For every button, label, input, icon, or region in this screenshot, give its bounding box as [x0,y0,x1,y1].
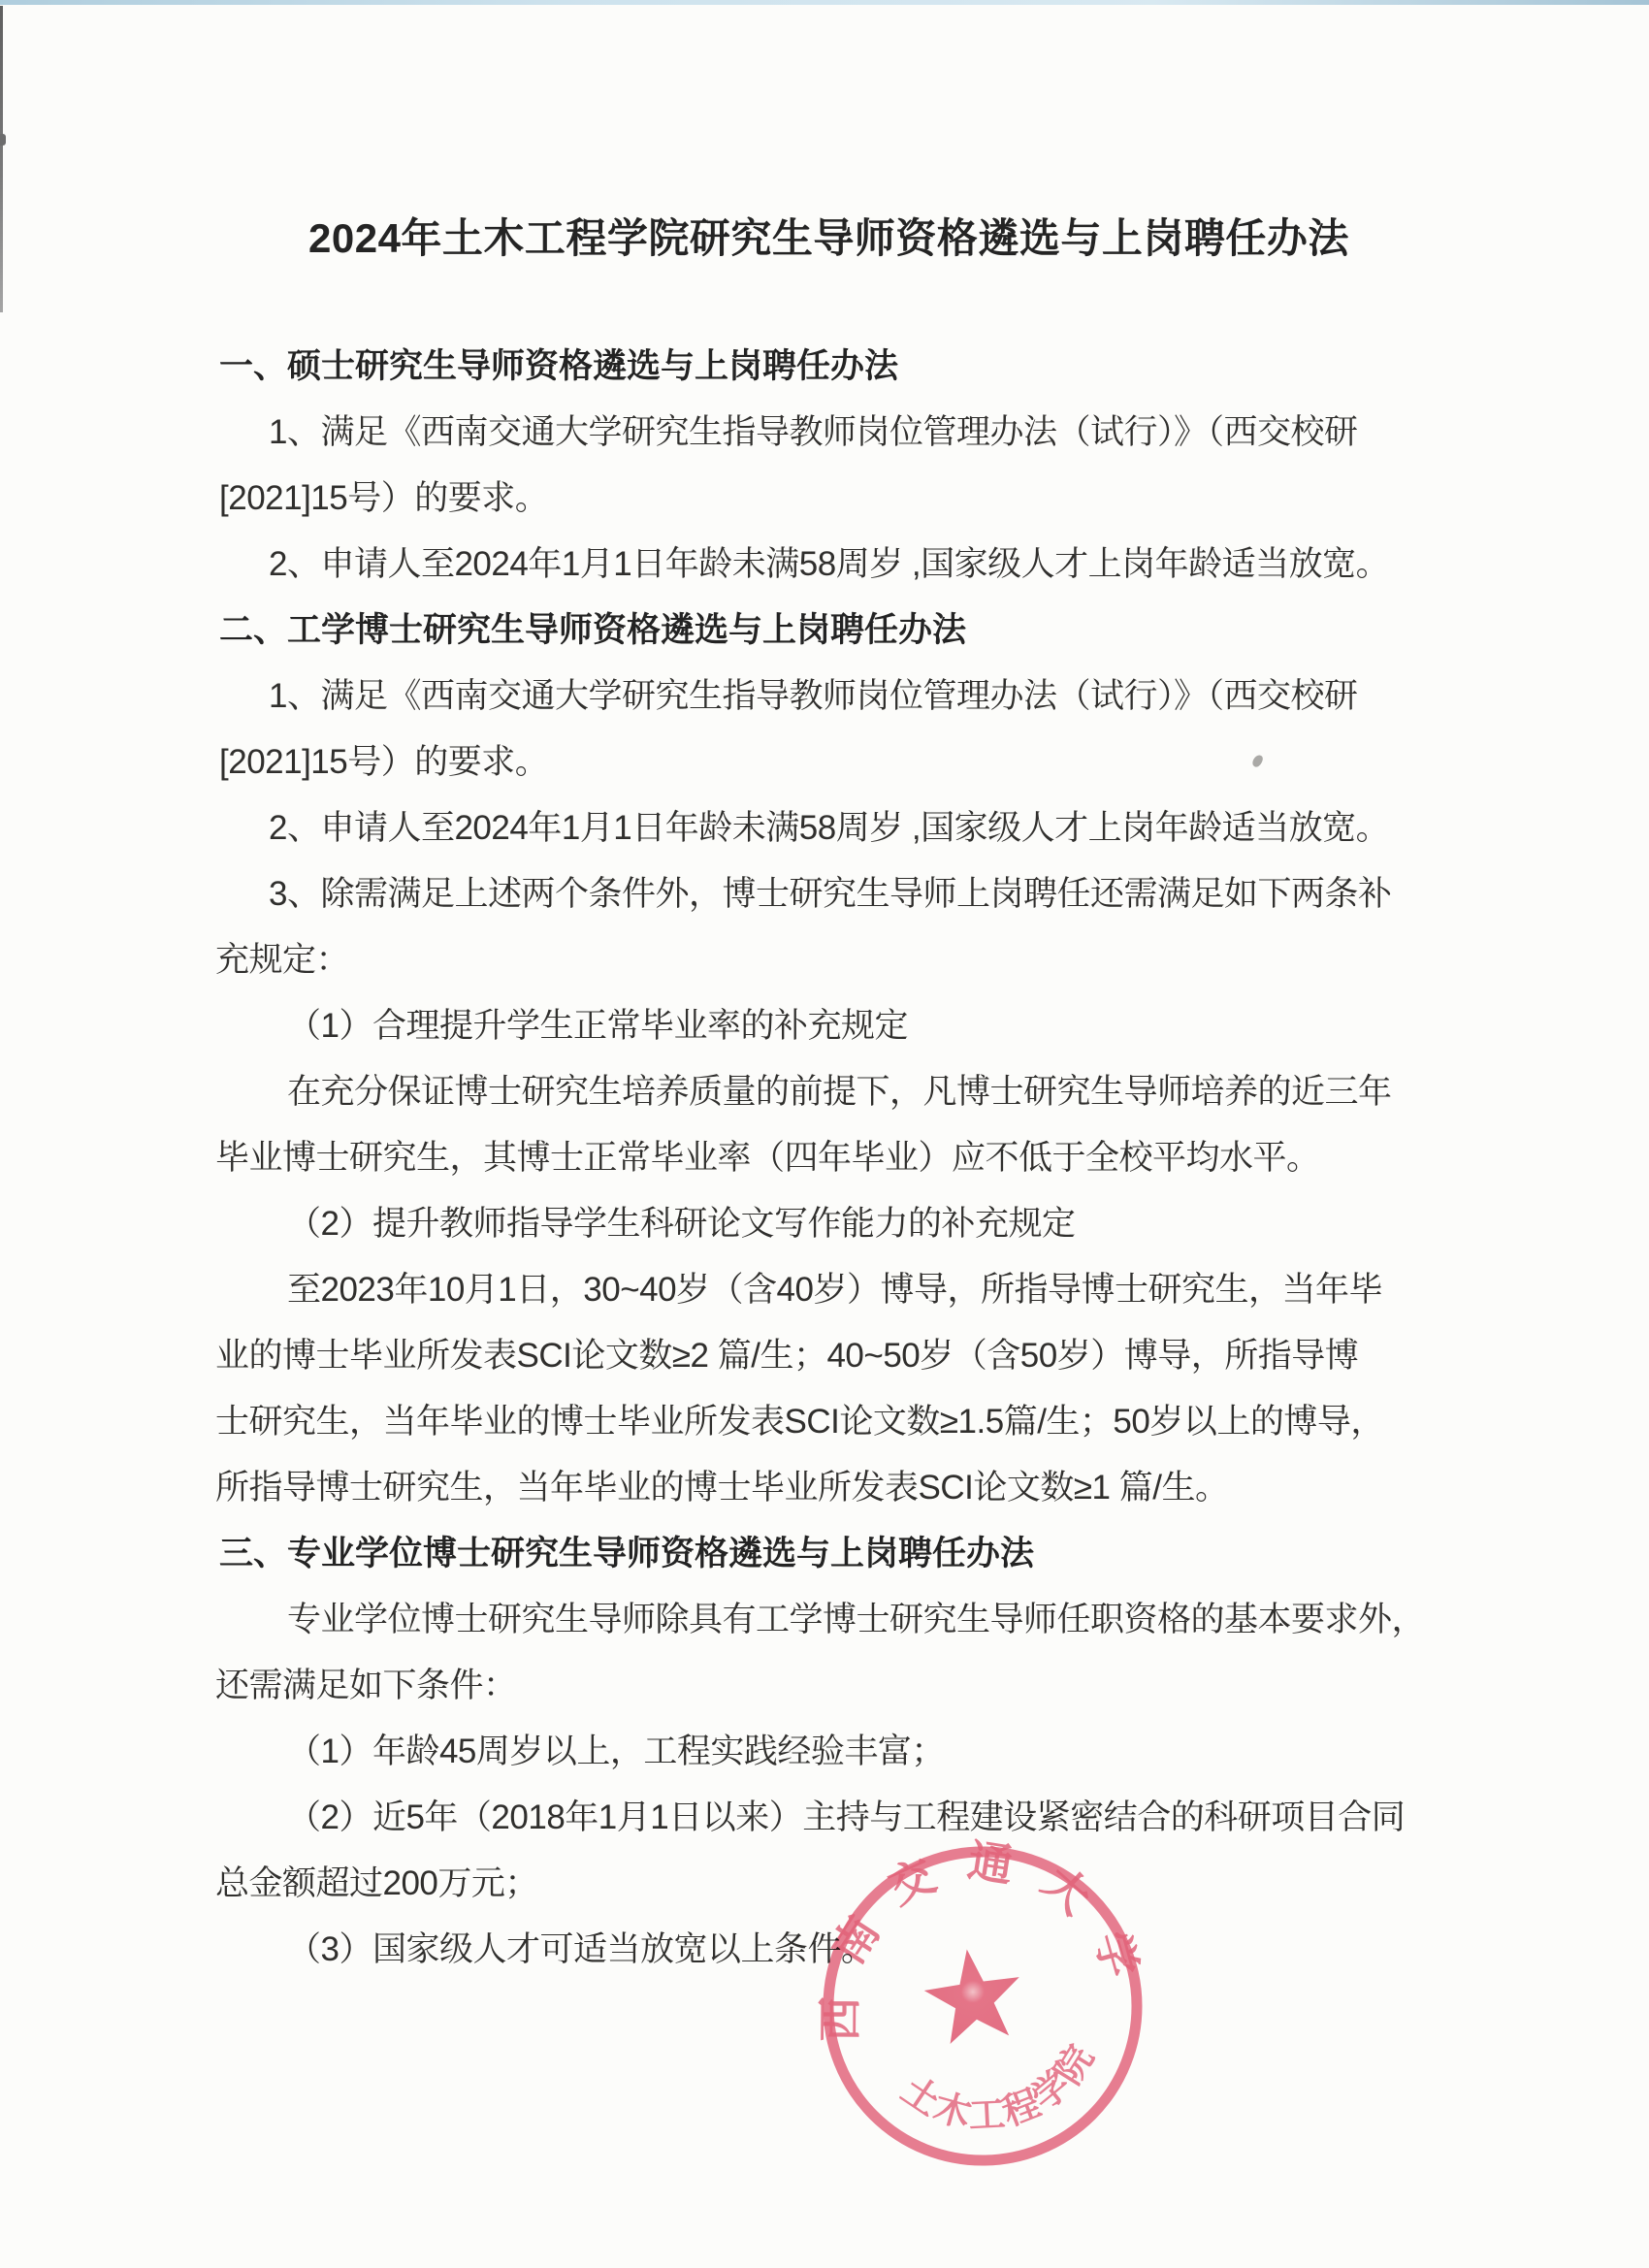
text-line: 专业学位博士研究生导师除具有工学博士研究生导师任职资格的基本要求外， [287,1588,1425,1652]
text-line: 2、申请人至2024年1月1日年龄未满58周岁 ,国家级人才上岗年龄适当放宽。 [269,533,1389,597]
text-line: 士研究生，当年毕业的博士毕业所发表SCI论文数≥1.5篇/生；50岁以上的博导， [215,1390,1384,1454]
text-line: 三、专业学位博士研究生导师资格遴选与上岗聘任办法 [219,1522,1034,1586]
text-line: 充规定： [215,928,349,992]
text-line: 3、除需满足上述两个条件外，博士研究生导师上岗聘任还需满足如下两条补 [269,862,1391,926]
text-line: 1、满足《西南交通大学研究生指导教师岗位管理办法（试行）》（西交校研 [269,664,1357,729]
text-line: 1、满足《西南交通大学研究生指导教师岗位管理办法（试行）》（西交校研 [269,401,1357,465]
text-line: （2）提升教师指导学生科研论文写作能力的补充规定 [287,1192,1075,1256]
scan-artifact-left-edge [0,6,3,312]
text-line: [2021]15号）的要求。 [219,730,548,794]
text-line: （1）年龄45周岁以上，工程实践经验丰富； [287,1720,945,1784]
document-page: 2024年土木工程学院研究生导师资格遴选与上岗聘任办法 一、硕士研究生导师资格遴… [0,0,1649,2268]
svg-text:土木工程学院: 土木工程学院 [894,2037,1103,2137]
seal-department-text: 土木工程学院 [894,2037,1103,2137]
scan-artifact-ink-speck [1251,754,1265,769]
text-line: 二、工学博士研究生导师资格遴选与上岗聘任办法 [219,599,966,663]
text-line: 一、硕士研究生导师资格遴选与上岗聘任办法 [219,335,898,399]
scan-artifact-top-edge [0,0,1649,5]
text-line: 总金额超过200万元； [215,1852,538,1916]
text-line: 2、申请人至2024年1月1日年龄未满58周岁 ,国家级人才上岗年龄适当放宽。 [269,796,1389,860]
scan-artifact-left-notch [0,134,6,146]
text-line: 业的博士毕业所发表SCI论文数≥2 篇/生；40~50岁（含50岁）博导，所指导… [215,1324,1358,1388]
document-title: 2024年土木工程学院研究生导师资格遴选与上岗聘任办法 [308,207,1349,271]
seal-star-icon [920,1943,1027,2047]
text-line: （1）合理提升学生正常毕业率的补充规定 [287,994,908,1058]
text-line: 还需满足如下条件： [215,1654,517,1718]
text-line: [2021]15号）的要求。 [219,467,548,531]
text-line: 至2023年10月1日，30~40岁（含40岁）博导，所指导博士研究生，当年毕 [287,1258,1382,1322]
text-line: 在充分保证博士研究生培养质量的前提下，凡博士研究生导师培养的近三年 [287,1060,1392,1124]
text-line: 毕业博士研究生，其博士正常毕业率（四年毕业）应不低于全校平均水平。 [215,1126,1320,1190]
official-seal-stamp: 西南交通大学 土木工程学院 [779,1802,1186,2210]
text-line: 所指导博士研究生，当年毕业的博士毕业所发表SCI论文数≥1 篇/生。 [215,1456,1228,1520]
